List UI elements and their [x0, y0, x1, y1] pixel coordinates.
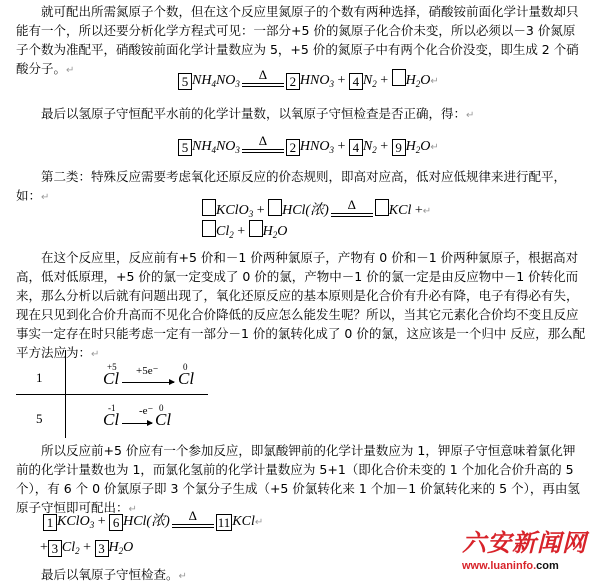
equation-nh4no3-partial: 5NH4NO3Δ2HNO3 + 4N2 + H2O↵ — [178, 69, 439, 94]
equation-nh4no3-balanced: 5NH4NO3Δ2HNO3 + 4N2 + 9H2O↵ — [178, 137, 439, 160]
paragraph-4: 在这个反应里，反应前有+5 价和－1 价两种氯原子，产物有 0 价和－1 价两种… — [16, 248, 587, 364]
coef-box[interactable]: 6 — [109, 514, 123, 531]
table-horizontal-divider — [16, 394, 208, 395]
coef-box[interactable]: 3 — [95, 540, 109, 557]
equation-kclo3-balanced-line2: +3Cl2 + 3H2O — [40, 538, 133, 561]
coef-box-empty[interactable] — [249, 220, 263, 237]
coef-box[interactable]: 5 — [178, 73, 192, 90]
coef-box-empty[interactable] — [268, 199, 282, 216]
heat-equals-sign: Δ — [242, 140, 284, 154]
arrow-right-icon — [122, 382, 174, 383]
coef-box-empty[interactable] — [375, 199, 389, 216]
arrow-right-icon — [122, 423, 152, 424]
coef-box[interactable]: 11 — [216, 514, 233, 531]
paragraph-2: 最后以氢原子守恒配平水前的化学计量数，以氧原子守恒检查是否正确，得：↵ — [16, 104, 587, 125]
heat-equals-sign: Δ — [242, 74, 284, 88]
coef-box-empty[interactable] — [202, 220, 216, 237]
coef-box[interactable]: 9 — [392, 139, 406, 156]
coef-box[interactable]: 3 — [48, 540, 62, 557]
coef-box-empty[interactable] — [392, 69, 406, 86]
equation-kclo3-unbalanced-line2: Cl2 + H2O — [202, 220, 287, 245]
coef-box-empty[interactable] — [202, 199, 216, 216]
coef-box[interactable]: 1 — [43, 514, 57, 531]
equation-kclo3-balanced-line1: 1KClO3 + 6HCl(浓)Δ11KCl↵ — [43, 512, 263, 535]
paragraph-5: 所以反应前+5 价应有一个参加反应，即氯酸钾前的化学计量数应为 1，钾原子守恒意… — [16, 441, 587, 519]
coef-box[interactable]: 2 — [286, 73, 300, 90]
coef-box[interactable]: 4 — [349, 73, 363, 90]
heat-equals-sign: Δ — [172, 515, 214, 529]
electron-count: 5 — [36, 411, 43, 427]
coef-box[interactable]: 4 — [349, 139, 363, 156]
watermark-logo: 六安新闻网 www.luaninfo.com — [462, 523, 587, 572]
watermark-site-name: 六安新闻网 — [462, 523, 587, 558]
watermark-url: www.luaninfo.com — [462, 560, 587, 572]
electron-count: 1 — [36, 370, 43, 386]
coef-box[interactable]: 5 — [178, 139, 192, 156]
coef-box[interactable]: 2 — [286, 139, 300, 156]
heat-equals-sign: Δ — [331, 204, 373, 218]
